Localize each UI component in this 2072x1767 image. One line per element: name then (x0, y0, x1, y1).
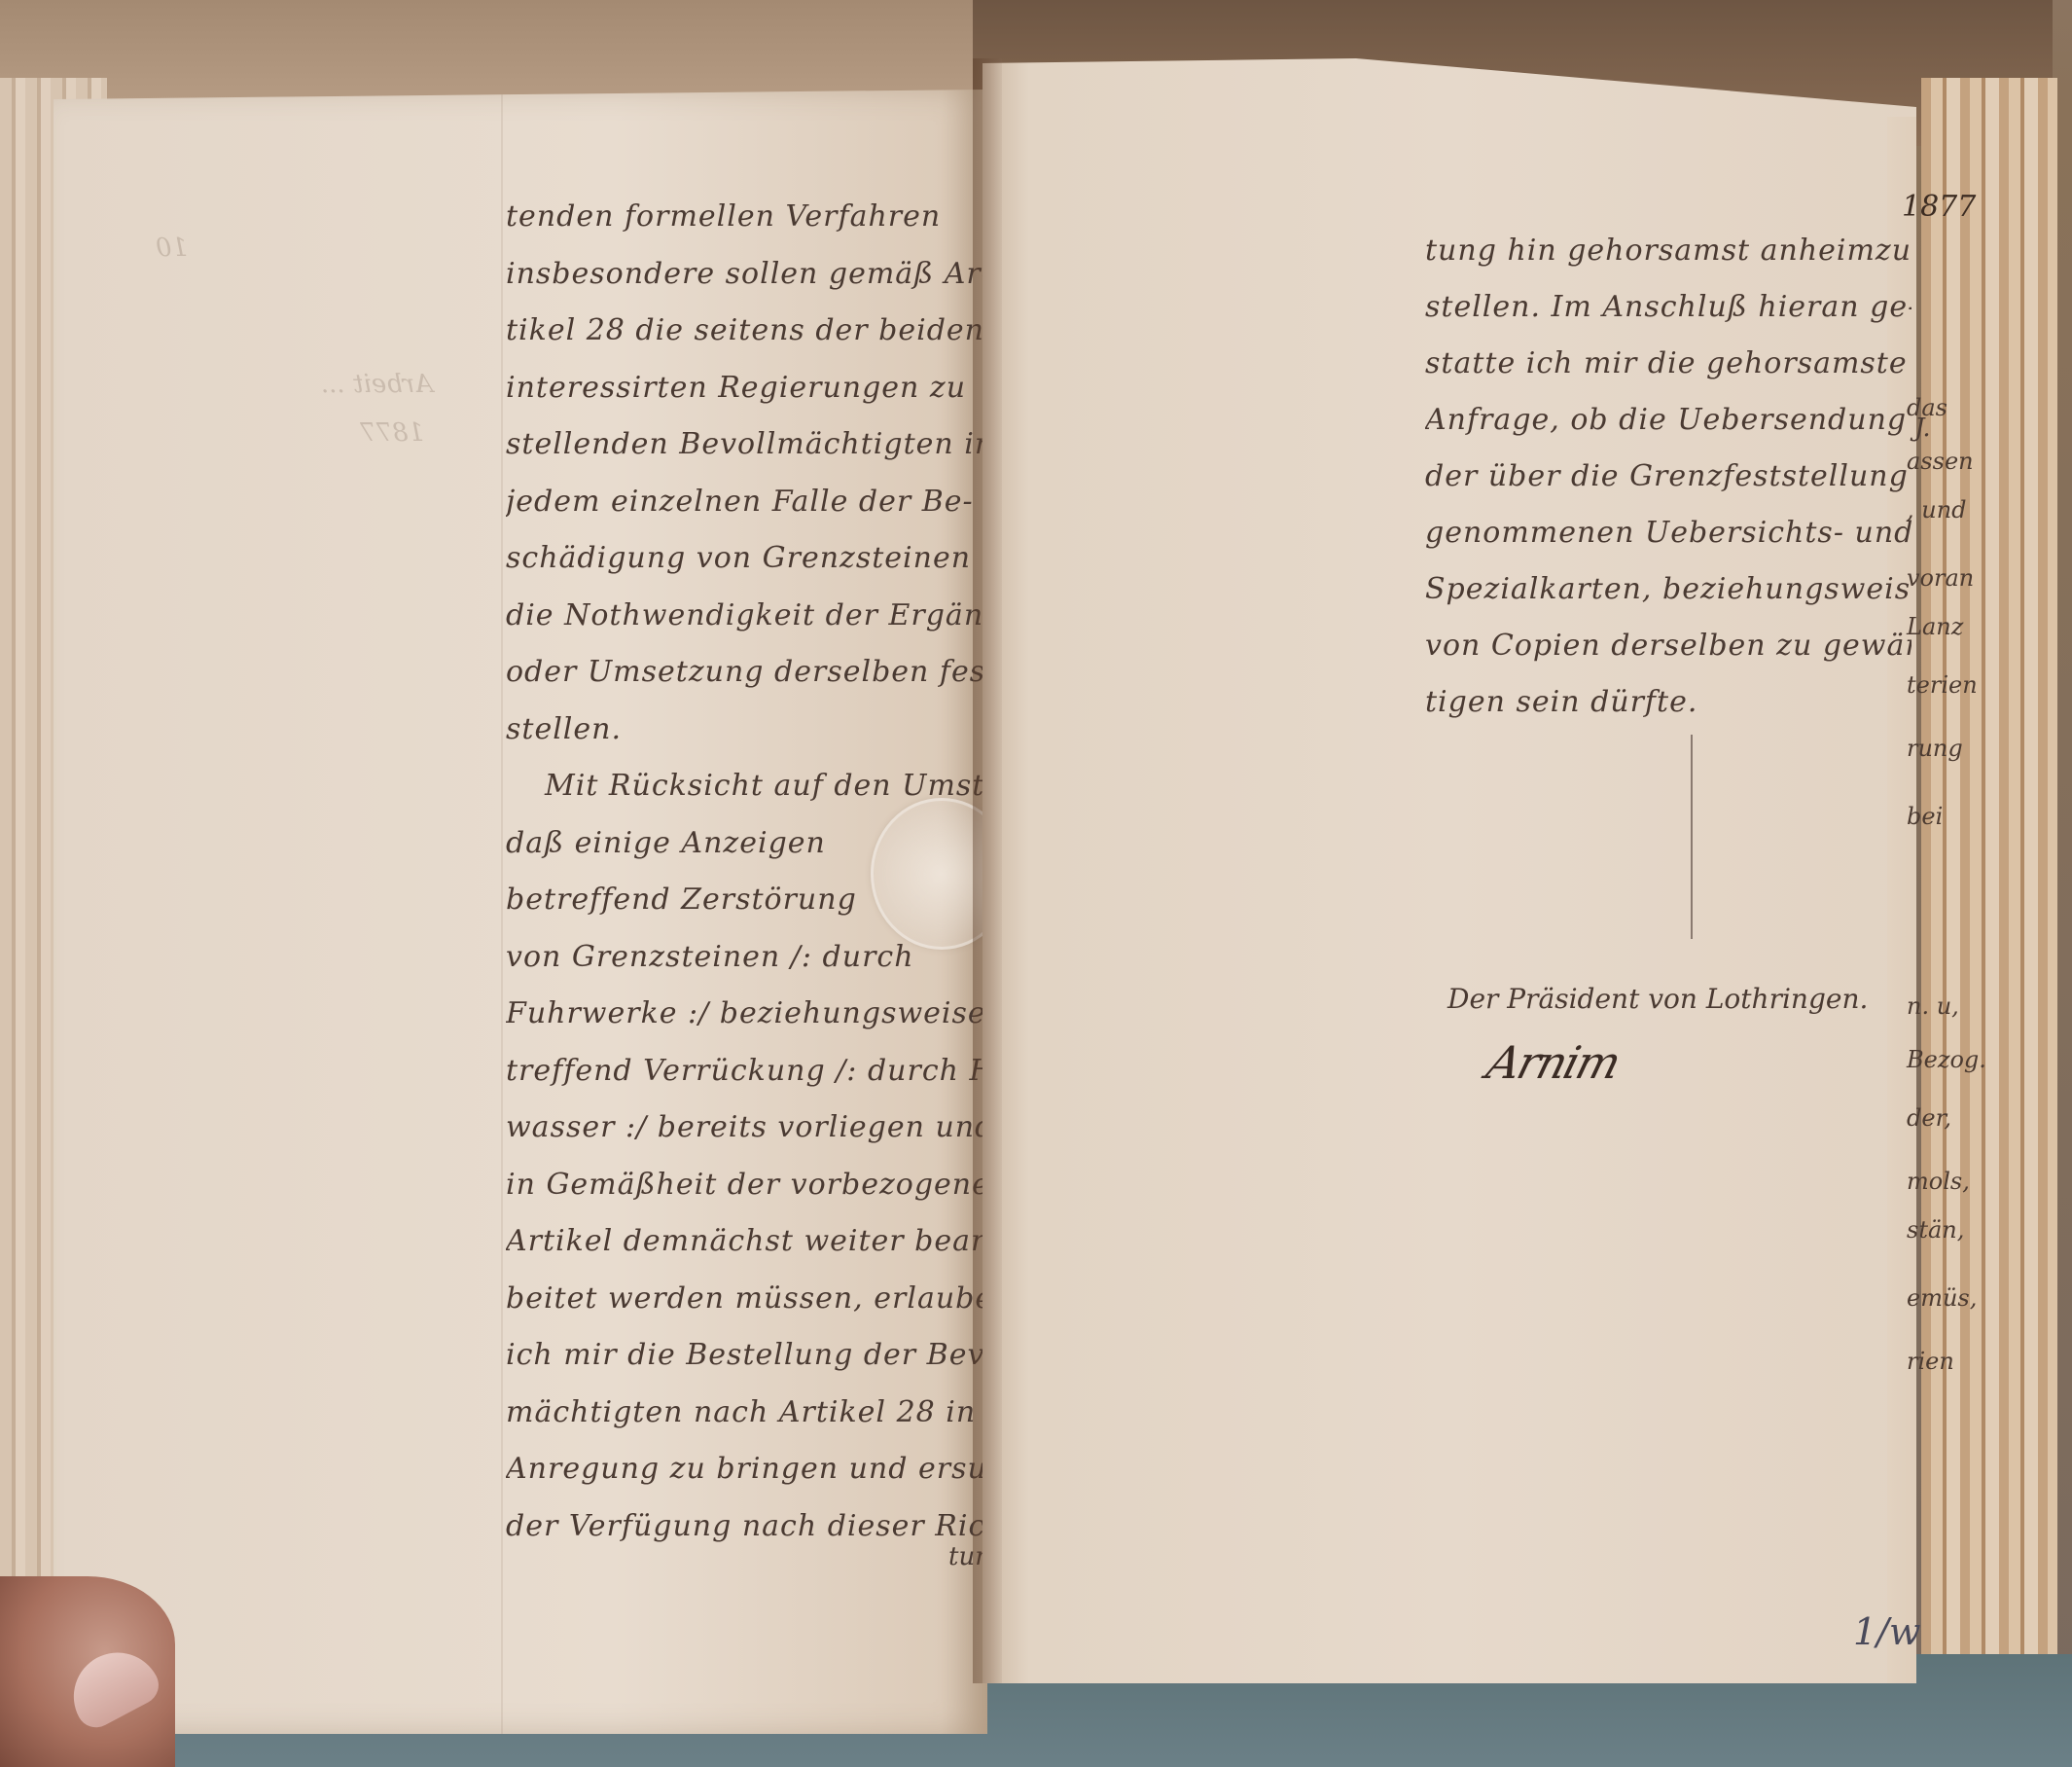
text-line: der Verfügung nach dieser Rich- (506, 1509, 992, 1567)
signature: Arnim (1482, 1036, 1625, 1089)
margin-fragment: stän, (1907, 1216, 1964, 1244)
text-line: interessirten Regierungen zu (506, 371, 992, 428)
margin-fragment: rien (1907, 1348, 1954, 1375)
text-line: tenden formellen Verfahren (506, 199, 992, 257)
margin-fragment: Bezog. (1907, 1046, 1986, 1073)
margin-fragment: terien (1907, 671, 1978, 699)
text-line: tung hin gehorsamst anheimzu- (1425, 234, 1911, 290)
text-line: ich mir die Bestellung der Bevoll- (506, 1338, 992, 1395)
bleed-note: 10 (156, 234, 188, 263)
bleed-note: 1877 (360, 418, 424, 448)
text-line: Anregung zu bringen und ersuche (506, 1452, 992, 1509)
margin-fragment: mols, (1907, 1168, 1970, 1195)
folio-mark: 1/w (1853, 1610, 1921, 1653)
text-line: genommenen Uebersichts- und (1425, 516, 1911, 572)
right-page-stack (1921, 78, 2057, 1654)
text-line: insbesondere sollen gemäß Ar- (506, 257, 992, 314)
text-line: Anfrage, ob die Uebersendung (1425, 403, 1911, 459)
margin-fragment: der, (1907, 1104, 1951, 1132)
text-line: oder Umsetzung derselben fest- (506, 655, 992, 712)
margin-fragment: n. u, (1907, 992, 1959, 1020)
text-line: stellenden Bevollmächtigten in (506, 427, 992, 485)
margin-fragment: Lanz (1907, 613, 1963, 640)
text-line: stellen. (506, 712, 992, 770)
text-line: Spezialkarten, beziehungsweise (1425, 572, 1911, 629)
text-line: jedem einzelnen Falle der Be- (506, 485, 992, 542)
margin-fragment: assen (1907, 448, 1974, 475)
text-line: in Gemäßheit der vorbezogenen (506, 1168, 992, 1225)
text-line: wasser :/ bereits vorliegen und (506, 1110, 992, 1168)
margin-fragment: das (1907, 394, 1947, 421)
text-line: tikel 28 die seitens der beiden (506, 313, 992, 371)
text-line: die Nothwendigkeit der Ergänzung (506, 598, 992, 656)
text-line: treffend Verrückung /: durch Hoch- (506, 1054, 992, 1111)
text-line: statte ich mir die gehorsamste (1425, 346, 1911, 403)
fold-line (501, 90, 503, 1734)
text-line: beitet werden müssen, erlaube (506, 1281, 992, 1339)
book-gutter (973, 58, 1002, 1683)
text-line: von Copien derselben zu gewär- (1425, 629, 1911, 685)
pencil-line (1691, 735, 1693, 939)
text-line: mächtigten nach Artikel 28 in (506, 1395, 992, 1453)
margin-fragment: voran (1907, 564, 1974, 592)
text-line: schädigung von Grenzsteinen (506, 541, 992, 598)
text-line: Mit Rücksicht auf den Umstand, (506, 769, 992, 826)
left-page-text: tenden formellen Verfahren insbesondere … (506, 199, 992, 1566)
year-marker: 1877 (1902, 190, 1976, 224)
right-page-text: tung hin gehorsamst anheimzu- stellen. I… (1425, 234, 1911, 741)
text-line: der über die Grenzfeststellung auf- (1425, 459, 1911, 516)
margin-fragment: rung (1907, 735, 1963, 762)
text-line: betreffend Zerstörung (506, 883, 992, 940)
bleed-note: Arbeit ... (321, 370, 433, 399)
bleedthrough-text: 10 Arbeit ... 1877 (136, 224, 496, 1061)
text-line: von Grenzsteinen /: durch (506, 940, 992, 997)
text-line: Fuhrwerke :/ beziehungsweise be- (506, 996, 992, 1054)
text-line: tigen sein dürfte. (1425, 685, 1911, 741)
text-line: Artikel demnächst weiter bear- (506, 1224, 992, 1281)
margin-fragment: , und (1907, 496, 1967, 523)
margin-fragment: emüs, (1907, 1284, 1977, 1312)
text-line: daß einige Anzeigen (506, 826, 992, 883)
text-line: stellen. Im Anschluß hieran ge- (1425, 290, 1911, 346)
margin-fragment: bei (1907, 803, 1943, 830)
closing-title: Der Präsident von Lothringen. (1447, 983, 1868, 1015)
